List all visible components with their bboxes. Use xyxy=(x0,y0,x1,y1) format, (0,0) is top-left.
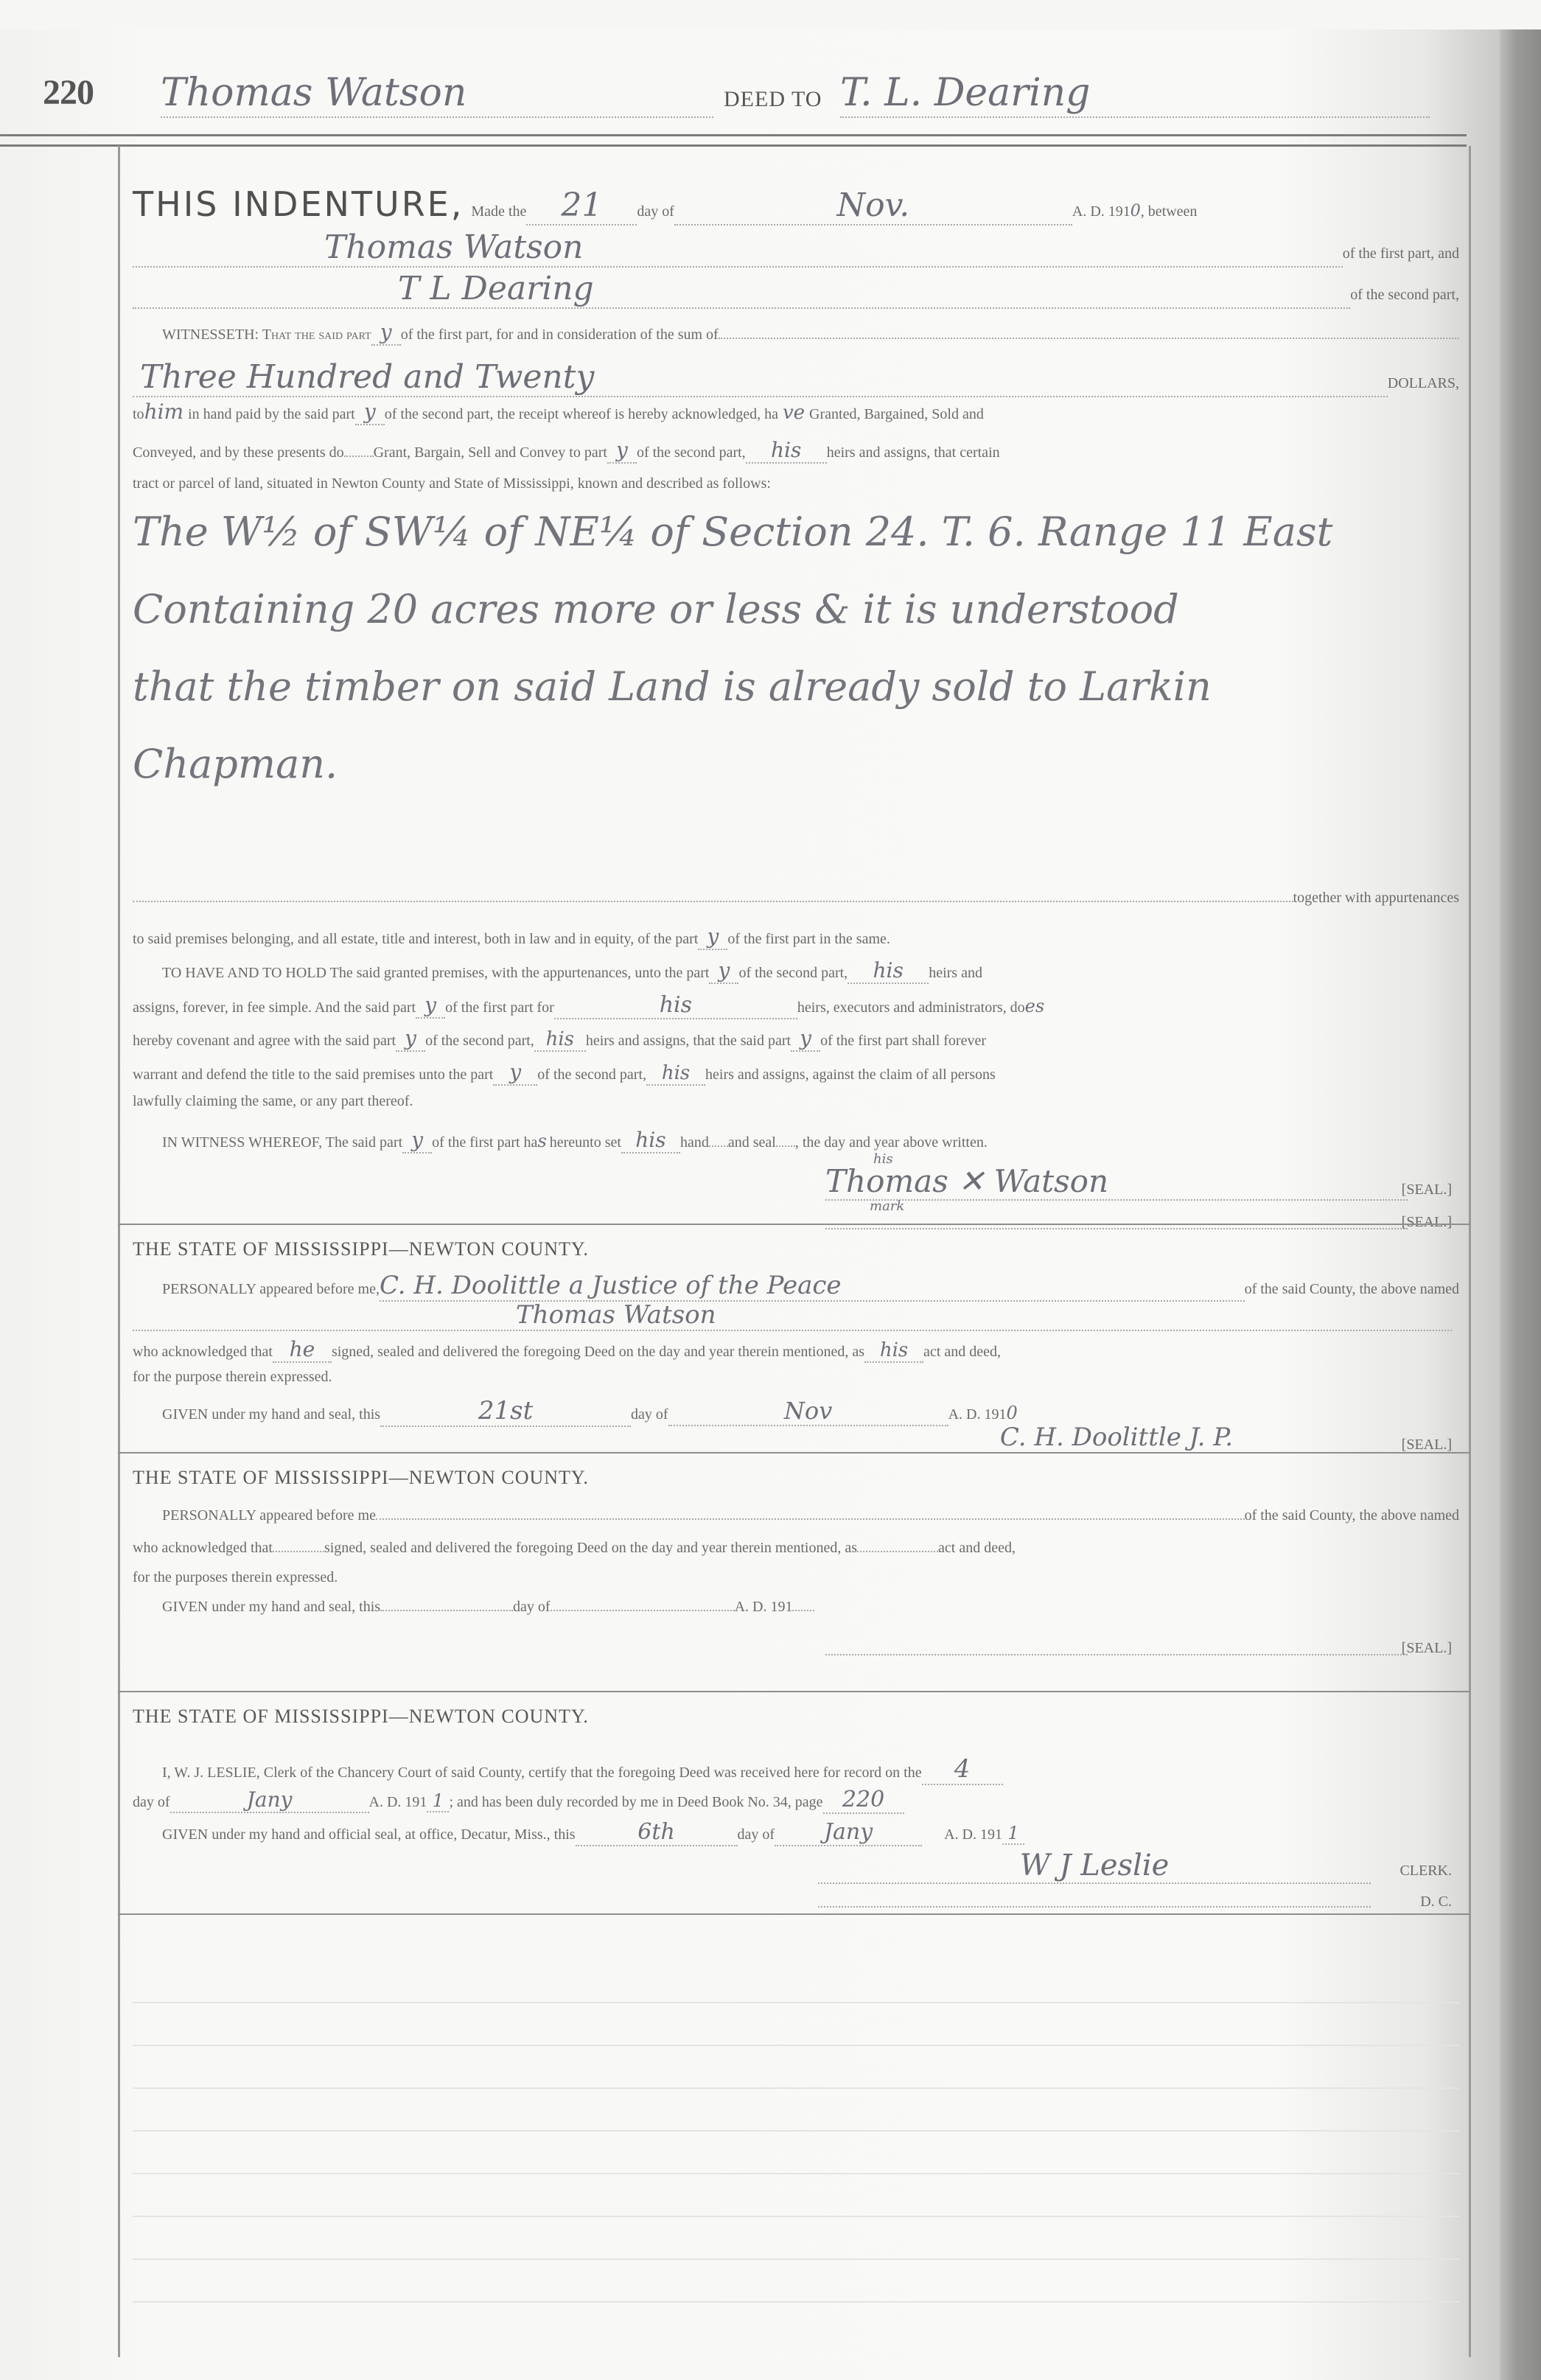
text: together with appurtenances xyxy=(1293,890,1459,905)
fill-part-suffix: y xyxy=(371,320,401,346)
officer-signature: C. H. Doolittle J. P. xyxy=(825,1423,1408,1454)
witnesseth-text-2: of the first part, for and in considerat… xyxy=(401,327,719,342)
indenture-title: THIS INDENTURE, xyxy=(133,184,464,224)
text: GIVEN under my hand and seal, this xyxy=(162,1599,380,1614)
page-number: 220 xyxy=(43,72,94,113)
text: of the said County, the above named xyxy=(1245,1508,1459,1523)
seal-label: [SEAL.] xyxy=(1402,1641,1452,1655)
text: for the purpose therein expressed. xyxy=(133,1369,332,1385)
text: IN WITNESS WHEREOF, The said part xyxy=(162,1135,402,1150)
clerk-certificate-section: THE STATE OF MISSISSIPPI—NEWTON COUNTY. … xyxy=(133,1706,1459,1918)
text: warrant and defend the title to the said… xyxy=(133,1067,493,1082)
text: A. D. 191 xyxy=(944,1827,1002,1842)
text: of the first part shall forever xyxy=(820,1033,986,1048)
text: signed, sealed and delivered the foregoi… xyxy=(324,1540,857,1555)
text: of the second part, xyxy=(425,1033,534,1048)
header-rule xyxy=(0,144,1467,147)
state-heading: THE STATE OF MISSISSIPPI—NEWTON COUNTY. xyxy=(133,1238,1459,1271)
section-divider xyxy=(118,1452,1470,1454)
fill-y: y xyxy=(396,1026,425,1052)
consideration-amount: Three Hundred and Twenty xyxy=(133,358,1388,397)
land-description: The W½ of SW¼ of NE¼ of Section 24. T. 6… xyxy=(133,509,1459,818)
book-spine-edge xyxy=(1500,29,1541,2380)
indenture-month: Nov. xyxy=(674,186,1072,226)
right-margin-line xyxy=(1469,146,1471,2357)
text: , the day and year above written. xyxy=(795,1135,988,1150)
description-line: The W½ of SW¼ of NE¼ of Section 24. T. 6… xyxy=(133,509,1459,586)
text: who acknowledged that xyxy=(133,1540,273,1555)
text: I, W. J. LESLIE, Clerk of the Chancery C… xyxy=(162,1765,922,1780)
fill-his: his xyxy=(646,1062,705,1086)
header-rule xyxy=(0,134,1467,136)
text: Grant, Bargain, Sell and Convey to part xyxy=(374,445,607,460)
description-line: Chapman. xyxy=(133,741,1459,818)
fill-him: him xyxy=(144,399,184,424)
fill-y: y xyxy=(402,1128,432,1154)
fill-ve: ve xyxy=(783,402,805,424)
clerk-label: CLERK. xyxy=(1400,1863,1452,1878)
text: ; and has been duly recorded by me in De… xyxy=(449,1795,822,1810)
text: act and deed, xyxy=(938,1540,1016,1555)
fill-s: s xyxy=(537,1131,546,1151)
received-day: 4 xyxy=(922,1754,1003,1785)
fill-his: his xyxy=(864,1339,923,1363)
text: who acknowledged that xyxy=(133,1344,273,1359)
text: lawfully claiming the same, or any part … xyxy=(133,1093,413,1109)
text: heirs and assigns, that certain xyxy=(827,445,1000,460)
fill-y: y xyxy=(698,924,727,950)
grantor-name-header: Thomas Watson xyxy=(161,71,713,118)
text: hand xyxy=(680,1135,709,1150)
witnesseth-text: WITNESSETH: That the said part xyxy=(162,327,371,342)
given-month: Nov xyxy=(668,1397,948,1426)
given-day: 21st xyxy=(380,1396,631,1427)
state-heading: THE STATE OF MISSISSIPPI—NEWTON COUNTY. xyxy=(133,1467,1459,1508)
text: A. D. 191 xyxy=(948,1407,1007,1422)
label-ad: A. D. 191 xyxy=(1072,204,1131,219)
text: assigns, forever, in fee simple. And the… xyxy=(133,1000,416,1015)
text: Granted, Bargained, Sold and xyxy=(809,407,984,422)
text: signed, sealed and delivered the foregoi… xyxy=(332,1344,864,1359)
fill-y: y xyxy=(791,1026,820,1052)
first-party-name: Thomas Watson xyxy=(133,228,1343,268)
received-month: Jany xyxy=(170,1787,369,1813)
text: to said premises belonging, and all esta… xyxy=(133,932,698,946)
indenture-section: THIS INDENTURE, Made the 21 day of Nov. … xyxy=(133,184,1459,506)
record-page: 220 xyxy=(823,1787,904,1814)
text: of the first part for xyxy=(445,1000,554,1015)
section-divider xyxy=(118,1691,1470,1692)
text: of the second part, the receipt whereof … xyxy=(385,407,778,422)
dc-label: D. C. xyxy=(1420,1894,1452,1909)
grantor-signature: Thomas ✕ Watson xyxy=(825,1163,1408,1201)
clerk-signature: W J Leslie xyxy=(818,1849,1371,1884)
label-made-the: Made the xyxy=(471,204,526,219)
text: GIVEN under my hand and official seal, a… xyxy=(162,1827,576,1842)
text: in hand paid by the said part xyxy=(188,407,355,422)
received-year-digit: 1 xyxy=(427,1790,449,1812)
text: day of xyxy=(133,1795,170,1810)
deed-to-label: DEED TO xyxy=(724,87,822,112)
text: A. D. 191 xyxy=(369,1795,427,1810)
fill-his: his xyxy=(746,438,827,464)
fill-his: his xyxy=(621,1128,680,1154)
fill-his: his xyxy=(554,992,797,1019)
text: and seal xyxy=(728,1135,776,1150)
blank-acknowledgement-section: THE STATE OF MISSISSIPPI—NEWTON COUNTY. … xyxy=(133,1467,1459,1666)
grantee-name-header: T. L. Dearing xyxy=(840,71,1430,118)
fill-y: y xyxy=(416,993,445,1019)
label-first-part: of the first part, and xyxy=(1343,246,1459,261)
text: act and deed, xyxy=(923,1344,1001,1359)
text: day of xyxy=(513,1599,551,1614)
fill-y: y xyxy=(355,399,385,425)
label-dollars: DOLLARS, xyxy=(1388,376,1459,391)
text: hereunto set xyxy=(550,1135,621,1150)
text: A. D. 191 xyxy=(735,1599,793,1614)
text: hereby covenant and agree with the said … xyxy=(133,1033,396,1048)
officer-blank xyxy=(376,1518,1245,1520)
text: day of xyxy=(738,1827,775,1842)
text: Conveyed, and by these presents do xyxy=(133,445,344,460)
seal-label: [SEAL.] xyxy=(1402,1437,1452,1452)
indenture-year-digit: 0 xyxy=(1131,202,1141,220)
section-divider xyxy=(118,1913,1470,1915)
fill-his: his xyxy=(848,958,929,984)
text: GIVEN under my hand and seal, this xyxy=(162,1407,380,1422)
text: heirs and assigns, that the said part xyxy=(586,1033,791,1048)
text: heirs, executors and administrators, do xyxy=(797,1000,1025,1015)
label-day-of: day of xyxy=(637,204,674,219)
blank-ruled-area xyxy=(133,1961,1459,2329)
description-line: that the timber on said Land is already … xyxy=(133,663,1459,741)
label-between: , between xyxy=(1141,204,1198,219)
left-margin-line xyxy=(118,146,120,2357)
state-heading: THE STATE OF MISSISSIPPI—NEWTON COUNTY. xyxy=(133,1706,1459,1754)
text: PERSONALLY appeared before me xyxy=(162,1508,376,1523)
fill-his: his xyxy=(534,1028,586,1052)
section-divider xyxy=(118,1224,1470,1225)
text: of the said County, the above named xyxy=(1245,1282,1459,1297)
text: of the second part, xyxy=(637,445,746,460)
description-line: Containing 20 acres more or less & it is… xyxy=(133,586,1459,663)
given-day: 6th xyxy=(576,1819,738,1846)
text: of the first part in the same. xyxy=(727,932,890,946)
seal-label: [SEAL.] xyxy=(1402,1182,1452,1197)
text: PERSONALLY appeared before me, xyxy=(162,1282,380,1297)
fill-es: es xyxy=(1025,996,1045,1016)
second-party-name: T L Dearing xyxy=(133,270,1350,309)
text: heirs and xyxy=(929,966,982,980)
text: tract or parcel of land, situated in New… xyxy=(133,475,771,492)
officer-name: C. H. Doolittle a Justice of the Peace xyxy=(380,1271,1245,1302)
text: of the second part, xyxy=(738,966,848,980)
text: to xyxy=(133,407,144,422)
given-year-digit: 1 xyxy=(1002,1823,1024,1845)
fill-y: y xyxy=(493,1060,537,1086)
text: heirs and assigns, against the claim of … xyxy=(705,1067,996,1082)
fill-he: he xyxy=(273,1337,332,1363)
text: for the purposes therein expressed. xyxy=(133,1569,338,1585)
fill-y: y xyxy=(607,438,637,464)
habendum-section: together with appurtenances to said prem… xyxy=(133,890,1459,1238)
acknowledgement-section: THE STATE OF MISSISSIPPI—NEWTON COUNTY. … xyxy=(133,1238,1459,1462)
named-party: Thomas Watson xyxy=(133,1300,1452,1331)
text: of the second part, xyxy=(537,1067,646,1082)
given-month: Jany xyxy=(775,1819,922,1846)
fill-y: y xyxy=(709,958,738,984)
label-second-part: of the second part, xyxy=(1350,287,1459,302)
text: day of xyxy=(631,1407,668,1422)
text: TO HAVE AND TO HOLD The said granted pre… xyxy=(162,966,709,980)
indenture-day: 21 xyxy=(526,186,637,226)
seal-label: [SEAL.] xyxy=(1402,1215,1452,1229)
year-digit: 0 xyxy=(1006,1403,1017,1423)
text: of the first part ha xyxy=(432,1135,537,1150)
